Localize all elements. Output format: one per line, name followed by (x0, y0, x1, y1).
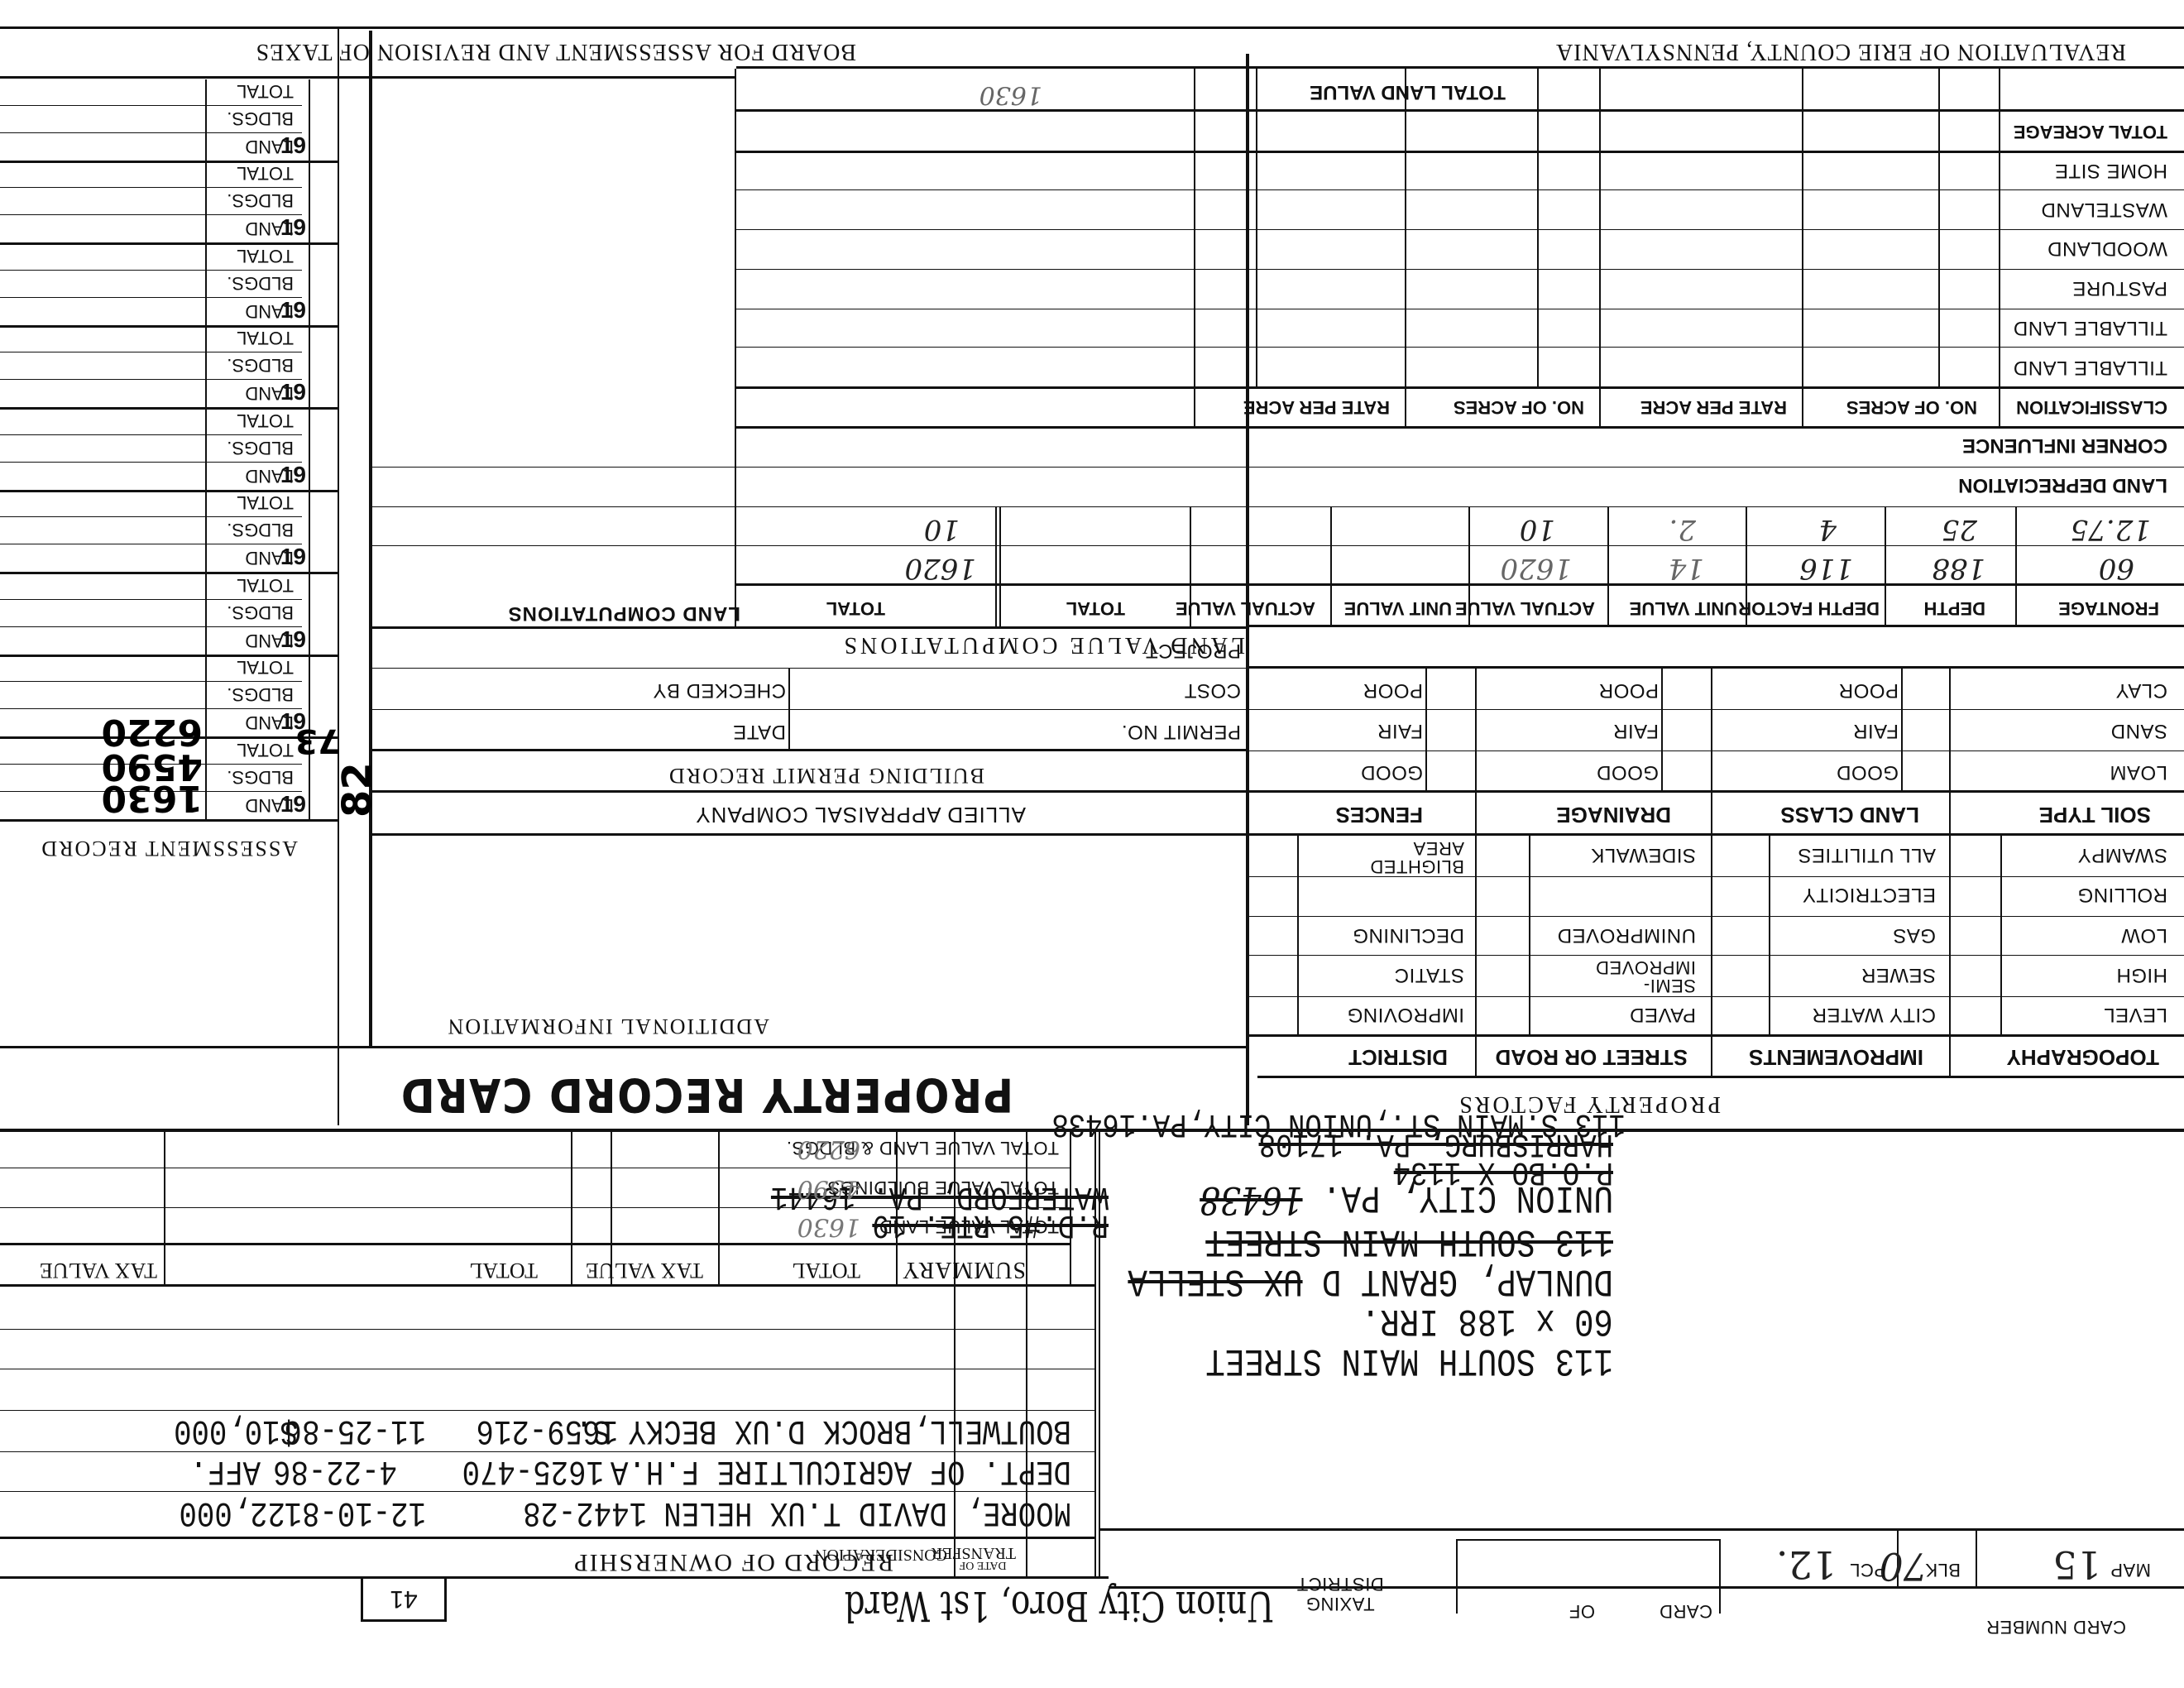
assessment-value-cell[interactable] (0, 106, 207, 133)
summary-total-header-2: TOTAL (469, 1258, 538, 1283)
permit-no-label: PERMIT NO. (1121, 720, 1241, 743)
actual-value-header-1: ACTUAL VALUE (1455, 597, 1595, 619)
actual-value-header-2: ACTUAL VALUE (1176, 597, 1315, 619)
summary-title: SUMMARY (902, 1256, 1026, 1283)
assessment-row-label: BLDGS. (207, 518, 302, 545)
class-pasture: PASTURE (2072, 276, 2167, 300)
soil-type-header: SOIL TYPE (2039, 802, 2151, 827)
summary-bldgs-total: 4590 (797, 1174, 860, 1203)
assessment-row-label: BLDGS. (207, 600, 302, 627)
land-class-good[interactable]: GOOD (1837, 760, 1899, 784)
pcl-label: PCL (1850, 1559, 1886, 1580)
topography-header: TOPOGRAPHY (2007, 1044, 2159, 1070)
unit-value-header-1: UNIT VALUE (1630, 597, 1737, 619)
fences-header: FENCES (1336, 802, 1423, 827)
assessment-row-label: LAND (207, 133, 302, 161)
lv-row2-depth-factor: 4 (1818, 513, 1837, 546)
assessment-value-cell[interactable] (0, 298, 207, 325)
factor-swampy[interactable]: SWAMPY (2077, 843, 2167, 866)
total-header-1: TOTAL (1066, 597, 1125, 619)
assessment-row-label: LAND (207, 381, 302, 408)
factor-electricity[interactable]: ELECTRICITY (1802, 883, 1936, 906)
lv-row1-frontage: 60 (2099, 552, 2134, 585)
no-acres-header-1: NO. OF ACRES (1846, 396, 1977, 418)
street-road-header: STREET OR ROAD (1495, 1044, 1688, 1070)
lv-row2-depth: 25 (1942, 513, 1977, 546)
assessment-row-label: TOTAL (207, 243, 302, 271)
card-label: CARD (1660, 1600, 1712, 1622)
assessment-row-label: BLDGS. (207, 271, 302, 298)
owner-book-3: 1659-216 (477, 1411, 618, 1451)
owner-consideration-2: AFF. (189, 1451, 261, 1491)
mailing-line-1: 113 SOUTH MAIN STREET (1205, 1220, 1613, 1263)
owner-consideration-1: 22,000 (179, 1493, 285, 1532)
assessment-total-1: 6220 (102, 711, 203, 753)
assessment-row-label: TOTAL (207, 161, 302, 189)
assessment-row-label: LAND (207, 298, 302, 325)
drainage-poor[interactable]: POOR (1598, 679, 1659, 702)
assessment-row-label: LAND (207, 545, 302, 573)
factor-paved[interactable]: PAVED (1630, 1003, 1696, 1026)
fences-poor[interactable]: POOR (1363, 679, 1423, 702)
summary-tax-header: TAX VALUE (586, 1258, 703, 1283)
assessment-year-block: 19LANDBLDGS.TOTAL (0, 246, 339, 328)
rate-acre-header-2: RATE PER ACRE (1243, 396, 1390, 418)
assessment-row-label: BLDGS. (207, 435, 302, 463)
assessment-year-block: 19LANDBLDGS.TOTAL (0, 81, 339, 164)
assessment-row-label: LAND (207, 792, 302, 819)
lv-row2-unit-value: 2. (1669, 513, 1696, 546)
factor-semi-improved[interactable]: SEMI-IMPROVED (1572, 958, 1696, 995)
summary-bldgs-label: TOTAL VALUE BUILDINGS (827, 1177, 1059, 1198)
assessment-row-label: TOTAL (207, 573, 302, 600)
box-number: 41 (361, 1576, 447, 1622)
assessment-year-block: 19LANDBLDGS.TOTAL (0, 328, 339, 410)
lv-row1-depth: 188 (1932, 552, 1985, 585)
assessment-value-cell[interactable] (0, 133, 207, 161)
summary-land-label: TOTAL VALUE LAND (879, 1216, 1059, 1237)
factor-city-water[interactable]: CITY WATER (1812, 1003, 1936, 1026)
assessment-value-cell[interactable] (0, 683, 207, 710)
owner-book-2: 1625-470 (462, 1451, 604, 1491)
factor-sidewalk[interactable]: SIDEWALK (1591, 843, 1696, 866)
property-factors-title: PROPERTY FACTORS (1457, 1091, 1721, 1117)
assessment-row-label: BLDGS. (207, 106, 302, 133)
land-depreciation-label: LAND DEPRECIATION (1958, 473, 2167, 496)
land-class-poor[interactable]: POOR (1838, 679, 1899, 702)
summary-total-total: 6220 (797, 1134, 860, 1163)
property-address: 113 SOUTH MAIN STREET (1205, 1339, 1613, 1382)
taxing-district-value: Union City Boro, 1st Ward (845, 1582, 1274, 1630)
soil-clay[interactable]: CLAY (2115, 679, 2167, 702)
factor-improving[interactable]: IMPROVING (1347, 1003, 1464, 1026)
card-number-label: CARD NUMBER (1986, 1617, 2126, 1637)
lv-row2-total: 10 (924, 513, 960, 546)
assessment-year-block: 19LANDBLDGS.TOTAL (0, 163, 339, 246)
class-woodland: WOODLAND (2047, 237, 2167, 260)
allied-company: ALLIED APPRAISAL COMPANY (695, 802, 1026, 827)
permit-checked-label: CHECKED BY (653, 679, 786, 702)
assessment-value-cell[interactable] (0, 655, 207, 683)
rate-acre-header-1: RATE PER ACRE (1640, 396, 1787, 418)
factor-all-utilities[interactable]: ALL UTILITIES (1798, 843, 1936, 866)
assessment-value-cell[interactable] (0, 600, 207, 627)
assessment-value-cell[interactable] (0, 79, 207, 106)
taxing-district-label: TAXING DISTRICT (1291, 1574, 1390, 1614)
drainage-fair[interactable]: FAIR (1613, 719, 1659, 742)
permit-cost-label: COST (1184, 679, 1241, 702)
assessment-year-block: 19LANDBLDGS.TOTAL (0, 410, 339, 493)
assessment-value-cell[interactable] (0, 161, 207, 189)
lv-row2-frontage: 12.75 (2071, 513, 2151, 546)
assessment-row-label: TOTAL (207, 655, 302, 683)
factor-low[interactable]: LOW (2121, 923, 2167, 947)
drainage-good[interactable]: GOOD (1597, 760, 1659, 784)
assessment-row-label: BLDGS. (207, 765, 302, 792)
footer-right-text: REVALUATION OF ERIE COUNTY, PENNSYLVANIA (1555, 38, 2126, 65)
factor-level[interactable]: LEVEL (2104, 1003, 2167, 1026)
pcl-value: 12. (1776, 1542, 1837, 1587)
land-class-fair[interactable]: FAIR (1853, 719, 1899, 742)
summary-land-total: 1630 (797, 1212, 860, 1241)
assessment-year-block: 19LANDBLDGS.TOTAL (0, 575, 339, 658)
assessment-year-alt: 73 (295, 722, 341, 760)
fences-good[interactable]: GOOD (1361, 760, 1423, 784)
assessment-value-cell[interactable] (0, 326, 207, 353)
assessment-row-label: LAND (207, 463, 302, 490)
permit-title: BUILDING PERMIT RECORD (668, 763, 984, 788)
assessment-row-label: TOTAL (207, 491, 302, 518)
owner-consideration-3: $10,000 (174, 1411, 298, 1451)
lv-row1-total: 1620 (904, 552, 976, 585)
assessment-row-label: LAND (207, 627, 302, 655)
assessment-year-block: 19LANDBLDGS.TOTAL (0, 492, 339, 575)
district-header: DISTRICT (1348, 1044, 1448, 1070)
blk-label: BLK (1925, 1559, 1961, 1580)
factor-gas[interactable]: GAS (1893, 923, 1936, 947)
owner-name-2: DEPT. OF AGRICULTIRE F.H.A (611, 1451, 1071, 1491)
lv-row1-depth-factor: 116 (1799, 552, 1853, 585)
assessment-value-cell[interactable] (0, 408, 207, 435)
depth-factor-header: DEPTH FACTOR (1738, 597, 1880, 619)
property-dimensions: 60 x 188 IRR. (1361, 1299, 1613, 1342)
assessment-value-cell[interactable] (0, 216, 207, 243)
footer-left-text: BOARD FOR ASSESSMENT AND REVISION OF TAX… (256, 38, 856, 65)
assessment-value-cell[interactable] (0, 435, 207, 463)
map-label: MAP (2110, 1559, 2151, 1580)
drainage-header: DRAINAGE (1556, 802, 1671, 827)
assessment-value-cell[interactable] (0, 271, 207, 298)
assessment-value-cell[interactable] (0, 518, 207, 545)
assessment-value-cell[interactable] (0, 381, 207, 408)
assessment-year-1: 82 (338, 762, 377, 818)
soil-loam[interactable]: LOAM (2110, 760, 2167, 784)
fences-fair[interactable]: FAIR (1377, 719, 1423, 742)
unit-value-header-2: UNIT VALUE (1344, 597, 1452, 619)
class-tillable-2: TILLABLE LAND (2013, 316, 2167, 339)
lv-row1-unit-value: 14 (1669, 552, 1704, 585)
soil-sand[interactable]: SAND (2110, 719, 2167, 742)
card-of-box[interactable]: CARD OF (1456, 1539, 1721, 1614)
classification-header: CLASSIFICATION (2016, 396, 2167, 418)
of-label: OF (1569, 1600, 1595, 1622)
assessment-row-label: TOTAL (207, 408, 302, 435)
assessment-row-label: LAND (207, 216, 302, 243)
class-wasteland: WASTELAND (2041, 198, 2167, 221)
total-land-value-amount: 1630 (979, 80, 1042, 109)
factor-sewer[interactable]: SEWER (1861, 963, 1936, 986)
card-title: PROPERTY RECORD CARD (400, 1067, 1013, 1121)
total-land-value-label: TOTAL LAND VALUE (1310, 80, 1506, 103)
map-value: 15 (2052, 1542, 2101, 1587)
factor-high[interactable]: HIGH (2116, 963, 2167, 986)
assessment-value-cell[interactable] (0, 545, 207, 573)
land-computations-label: LAND COMPUTATIONS (508, 602, 740, 625)
factor-static[interactable]: STATIC (1394, 963, 1464, 986)
land-value-title: LAND VALUE COMPUTATIONS (841, 631, 1245, 658)
consideration-label: CONSIDERATION (815, 1545, 947, 1564)
no-acres-header-2: NO. OF ACRES (1454, 396, 1584, 418)
assessment-row-label: BLDGS. (207, 189, 302, 216)
summary-tax-header-2: TAX VALUE (40, 1258, 157, 1283)
assessment-row-label: TOTAL (207, 326, 302, 353)
assessment-row-label: LAND (207, 710, 302, 737)
lv-row2-actual-value: 10 (1520, 513, 1555, 546)
factor-unimproved[interactable]: UNIMPROVED (1557, 923, 1696, 947)
depth-header: DEPTH (1923, 597, 1985, 619)
owner-date-2: 4-22-86 (273, 1451, 397, 1491)
owner-date-3: 11-25-86 (285, 1411, 426, 1451)
owner-date-1: 12-10-81 (285, 1493, 426, 1532)
total-acreage-label: TOTAL ACREAGE (2014, 121, 2167, 142)
total-header-2: TOTAL (826, 597, 885, 619)
class-tillable-1: TILLABLE LAND (2013, 356, 2167, 379)
assessment-row-label: TOTAL (207, 737, 302, 765)
property-record-card: CARD NUMBER CARD OF TAXING DISTRICT Unio… (0, 0, 2184, 1688)
owner-book-1: 1442-28 (523, 1493, 647, 1532)
factor-rolling[interactable]: ROLLING (2077, 883, 2167, 906)
improvements-header: IMPROVEMENTS (1749, 1044, 1923, 1070)
owner-name-1: MOORE, DAVID T.UX HELEN (663, 1493, 1071, 1532)
corner-influence-label: CORNER INFLUENCE (1962, 434, 2167, 457)
assessment-value-cell[interactable] (0, 189, 207, 216)
assessment-value-cell[interactable] (0, 573, 207, 600)
summary-total-header: TOTAL (792, 1258, 860, 1283)
factor-blighted-area[interactable]: BLIGHTED AREA (1357, 839, 1464, 875)
frontage-header: FRONTAGE (2058, 597, 2159, 619)
assessment-row-label: BLDGS. (207, 353, 302, 381)
factor-declining[interactable]: DECLINING (1353, 923, 1464, 947)
owner-name-3: BOUTWELL,BROCK D.UX BECKY S. (575, 1411, 1071, 1451)
assessment-value-cell[interactable] (0, 353, 207, 381)
permit-date-label: DATE (733, 720, 786, 743)
blk-value: 70 (1879, 1544, 1928, 1589)
assessment-value-cell[interactable] (0, 627, 207, 655)
owner-name: DUNLAP, GRANT D UX STELLA (1128, 1259, 1613, 1302)
assessment-value-cell[interactable] (0, 243, 207, 271)
additional-info-title: ADDITIONAL INFORMATION (447, 1014, 769, 1038)
land-class-header: LAND CLASS (1780, 802, 1919, 827)
class-home-site: HOME SITE (2054, 159, 2167, 182)
assessment-row-label: BLDGS. (207, 683, 302, 710)
assessment-title: ASSESSMENT RECORD (40, 836, 298, 861)
assessment-value-cell[interactable] (0, 491, 207, 518)
assessment-value-cell[interactable] (0, 463, 207, 490)
lv-row1-actual-value: 1620 (1500, 552, 1572, 585)
assessment-row-label: TOTAL (207, 79, 302, 106)
